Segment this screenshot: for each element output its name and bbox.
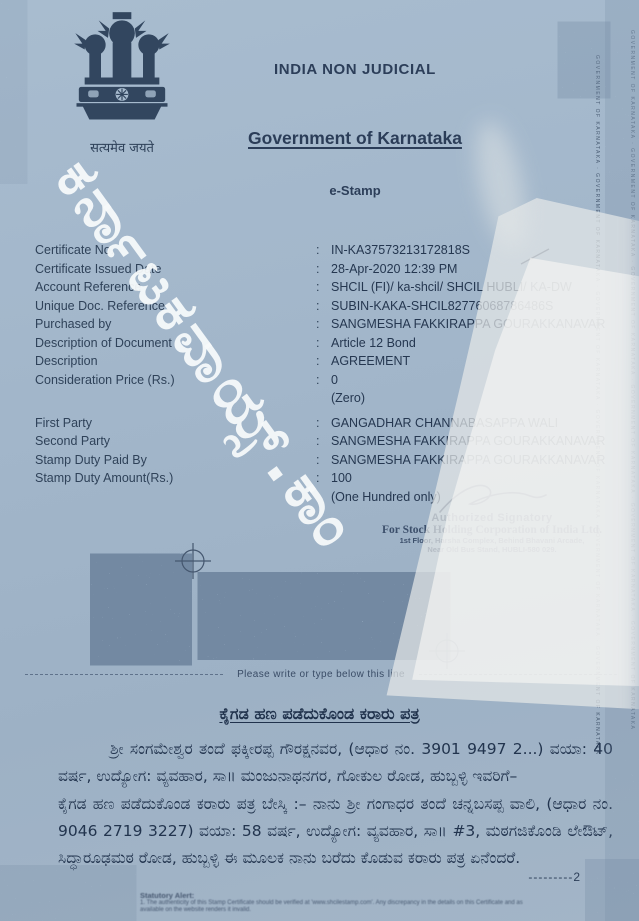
agreement-paragraph: ಕೈಗಡ ಹಣ ಪಡೆದುಕೊಂಡ ಕರಾರು ಪತ್ರ ಬೇಸ್ಕಿ :– ನ…: [58, 791, 613, 872]
field-value: SUBIN-KAKA-SHCIL82776068786486S: [331, 297, 621, 316]
table-row: Second Party:SANGMESHA FAKKIRAPPA GOURAK…: [35, 432, 621, 451]
table-row: Description of Document:Article 12 Bond: [35, 334, 621, 353]
stamp-company-line: For Stock Holding Corporation of India L…: [348, 524, 636, 536]
field-value: SHCIL (FI)/ ka-shcil/ SHCIL HUBLI/ KA-DW: [331, 278, 621, 297]
table-row: First Party:GANGADHAR CHANNABASAPPA WALI: [35, 414, 621, 433]
write-below-separator: Please write or type below this line: [25, 669, 617, 680]
statutory-alert-line: available on the website renders it inva…: [140, 907, 539, 914]
statutory-alert: Statutory Alert: 1. The authenticity of …: [140, 891, 539, 914]
field-colon: :: [316, 334, 331, 353]
table-row: Description:AGREEMENT: [35, 352, 621, 371]
statutory-alert-line: 1. The authenticity of this Stamp Certif…: [140, 900, 539, 907]
scan-glare-streak: [467, 117, 535, 253]
dashed-line: [25, 674, 223, 675]
stamp-address-line: Near Old Bus Stand, HUBLI-580 029.: [348, 545, 636, 554]
government-title: Government of Karnataka: [195, 128, 515, 149]
field-value: IN-KA37573213172818S: [331, 241, 621, 260]
signature-scribble-icon: [432, 482, 552, 516]
agreement-paragraph: ಶ್ರೀ ಸಂಗಮೇಶ್ವರ ತಂದೆ ಫಕ್ಕೀರಪ್ಪ ಗೌರಕ್ಷನವರ,…: [58, 736, 613, 790]
field-colon: :: [316, 297, 331, 316]
emblem-caption: सत्यमेव जयते: [44, 138, 200, 156]
field-colon: :: [316, 278, 331, 297]
barcode-block: [95, 559, 187, 660]
field-value: GANGADHAR CHANNABASAPPA WALI: [331, 414, 621, 433]
edge-microtext-column: GOVERNMENT OF KARNATAKA · GOVERNMENT OF …: [629, 30, 635, 860]
authorized-signatory-stamp: Authorized Signatory For Stock Holding C…: [348, 482, 636, 554]
scanned-estamp-document: GOVERNMENT OF KARNATAKA · GOVERNMENT OF …: [0, 0, 639, 921]
document-title: INDIA NON JUDICIAL: [215, 61, 495, 78]
field-label: Consideration Price (Rs.): [35, 371, 316, 390]
registration-mark-icon: [429, 633, 465, 669]
dashed-line: [419, 674, 617, 675]
field-value: Article 12 Bond: [331, 334, 621, 353]
estamp-label: e-Stamp: [275, 183, 435, 198]
statutory-alert-title: Statutory Alert:: [140, 891, 539, 900]
table-row: Purchased by:SANGMESHA FAKKIRAPPA GOURAK…: [35, 315, 621, 334]
field-colon: :: [316, 371, 331, 390]
india-national-emblem-icon: [52, 8, 192, 140]
scan-noise-patch: [560, 25, 608, 95]
page-number: ---------2: [528, 870, 581, 884]
field-value: SANGMESHA FAKKIRAPPA GOURAKKANAVAR: [331, 432, 621, 451]
authorized-signatory-label: Authorized Signatory: [348, 512, 636, 524]
separator-note: Please write or type below this line: [223, 669, 419, 680]
field-colon: :: [316, 315, 331, 334]
scan-noise-patch: [0, 0, 26, 175]
field-colon: :: [316, 352, 331, 371]
field-colon: :: [316, 414, 331, 433]
field-value: 0 (Zero): [331, 371, 621, 408]
agreement-heading: ಕೈಗಡ ಹಣ ಪಡೆದುಕೊಂಡ ಕರಾರು ಪತ್ರ: [0, 704, 639, 724]
field-value: AGREEMENT: [331, 352, 621, 371]
field-colon: :: [316, 241, 331, 260]
field-colon: :: [316, 432, 331, 451]
field-value: SANGMESHA FAKKIRAPPA GOURAKKANAVAR: [331, 315, 621, 334]
stamp-address-line: 1st Floor, Harsha Complex, Behind Bhavan…: [348, 536, 636, 545]
field-colon: :: [316, 260, 331, 279]
registration-mark-icon: [175, 543, 211, 579]
field-value: SANGMESHA FAKKIRAPPA GOURAKKANAVAR: [331, 451, 621, 470]
scan-noise-patch: [0, 868, 130, 921]
table-row: Consideration Price (Rs.):0 (Zero): [35, 371, 621, 408]
barcode-block: [209, 576, 439, 656]
field-value: 28-Apr-2020 12:39 PM: [331, 260, 621, 279]
